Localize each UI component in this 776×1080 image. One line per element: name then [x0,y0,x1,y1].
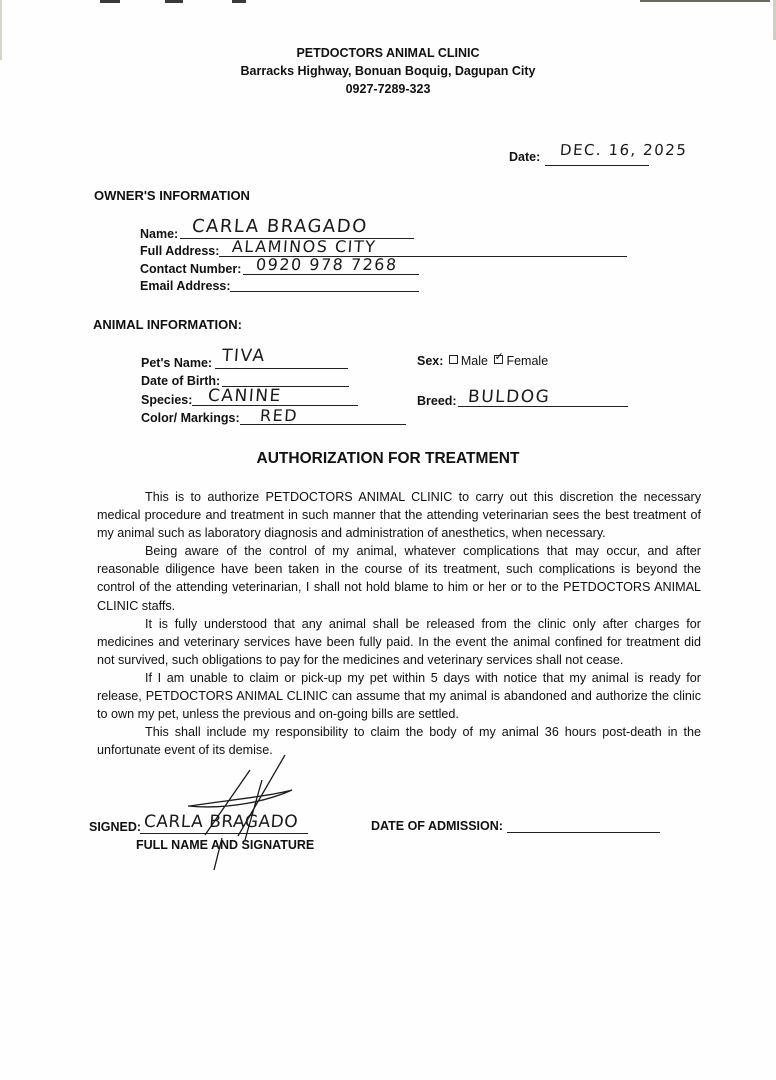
admission-line [507,832,660,833]
admission-label: DATE OF ADMISSION: [371,819,503,833]
signature-scribble [0,0,776,1080]
consent-form-page: PETDOCTORS ANIMAL CLINIC Barracks Highwa… [0,0,776,1080]
